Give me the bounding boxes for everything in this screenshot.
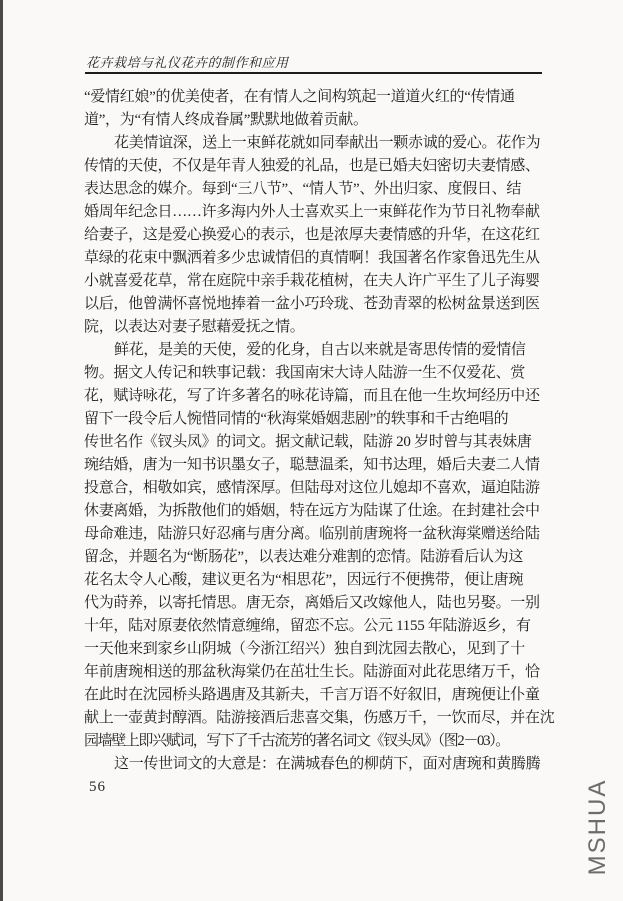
page-number: 56	[89, 779, 106, 796]
text-line: 给妻子，这是爱心换爱心的表示，也是浓厚夫妻情感的升华，在这花红	[84, 224, 542, 247]
text-line: 草绿的花束中飘洒着多少忠诚情侣的真情啊！我国著名作家鲁迅先生从	[84, 247, 542, 270]
text-line: 花美情谊深，送上一束鲜花就如同奉献出一颗赤诚的爱心。花作为	[84, 132, 542, 155]
text-line: 传世名作《钗头凤》的词文。据文献记载，陆游 20 岁时曾与其表妹唐	[84, 431, 542, 454]
text-line: 物。据文人传记和轶事记载：我国南宋大诗人陆游一生不仅爱花、赏	[84, 362, 542, 385]
text-line: 留下一段令后人惋惜同情的“秋海棠婚姻悲剧”的轶事和千古绝唱的	[84, 408, 542, 431]
text-line: 留念，并题名为“断肠花”，以表达难分难割的恋情。陆游看后认为这	[84, 546, 542, 569]
text-line: 十年，陆对原妻依然情意缠绵，留恋不忘。公元 1155 年陆游返乡，有	[84, 615, 542, 638]
text-line: “爱情红娘”的优美使者，在有情人之间构筑起一道道火红的“传情通	[84, 86, 542, 109]
text-line: 花名太令人心酸，建议更名为“相思花”，因远行不便携带，便让唐琬	[84, 569, 542, 592]
text-line: 道”，为“有情人终成眷属”默默地做着贡献。	[84, 109, 542, 132]
text-line: 母命难违，陆游只好忍痛与唐分离。临别前唐琬将一盆秋海棠赠送给陆	[84, 523, 542, 546]
text-line: 在此时在沈园桥头路遇唐及其新夫，千言万语不好叙旧，唐琬便让仆童	[84, 684, 542, 707]
text-line: 表达思念的媒介。每到“三八节”、“情人节”、外出归家、度假日、结	[84, 178, 542, 201]
body-text: “爱情红娘”的优美使者，在有情人之间构筑起一道道火红的“传情通道”，为“有情人终…	[84, 86, 542, 776]
text-line: 院，以表达对妻子慰藉爱抚之情。	[84, 316, 542, 339]
text-line: 花，赋诗咏花，写了许多著名的咏花诗篇，而且在他一生坎坷经历中还	[84, 385, 542, 408]
text-line: 婚周年纪念日……许多海内外人士喜欢买上一束鲜花作为节日礼物奉献	[84, 201, 542, 224]
text-line: 投意合，相敬如宾，感情深厚。但陆母对这位儿媳却不喜欢，逼迫陆游	[84, 477, 542, 500]
text-line: 这一传世词文的大意是：在满城春色的柳荫下，面对唐琬和黄腾腾	[84, 753, 542, 776]
scan-edge-shadow	[0, 0, 3, 901]
text-line: 一天他来到家乡山阴城（今浙江绍兴）独自到沈园去散心，见到了十	[84, 638, 542, 661]
text-line: 琬结婚，唐为一知书识墨女子，聪慧温柔，知书达理，婚后夫妻二人情	[84, 454, 542, 477]
text-line: 休妻离婚，为拆散他们的婚姻，特在远方为陆谋了仕途。在封建社会中	[84, 500, 542, 523]
header-rule	[85, 72, 542, 74]
text-line: 小就喜爱花草，常在庭院中亲手栽花植树，在夫人许广平生了儿子海婴	[84, 270, 542, 293]
text-line: 以后，他曾满怀喜悦地捧着一盆小巧玲珑、苍劲青翠的松树盆景送到医	[84, 293, 542, 316]
text-line: 献上一壶黄封醇酒。陆游接酒后悲喜交集，伤感万千，一饮而尽，并在沈	[84, 707, 542, 730]
running-header: 花卉栽培与礼仪花卉的制作和应用	[86, 52, 289, 71]
scanned-page: 花卉栽培与礼仪花卉的制作和应用 “爱情红娘”的优美使者，在有情人之间构筑起一道道…	[0, 0, 623, 901]
text-line: 传情的天使，不仅是年青人独爱的礼品，也是已婚夫妇密切夫妻情感、	[84, 155, 542, 178]
watermark: MSHUA	[584, 772, 612, 882]
text-line: 年前唐琬相送的那盆秋海棠仍在茁壮生长。陆游面对此花思绪万千，恰	[84, 661, 542, 684]
text-line: 代为莳养，以寄托情思。唐无奈，离婚后又改嫁他人，陆也另娶。一别	[84, 592, 542, 615]
text-line: 园墙壁上即兴赋词，写下了千古流芳的著名词文《钗头凤》（图2－03）。	[84, 730, 542, 753]
text-line: 鲜花，是美的天使，爱的化身，自古以来就是寄思传情的爱情信	[84, 339, 542, 362]
